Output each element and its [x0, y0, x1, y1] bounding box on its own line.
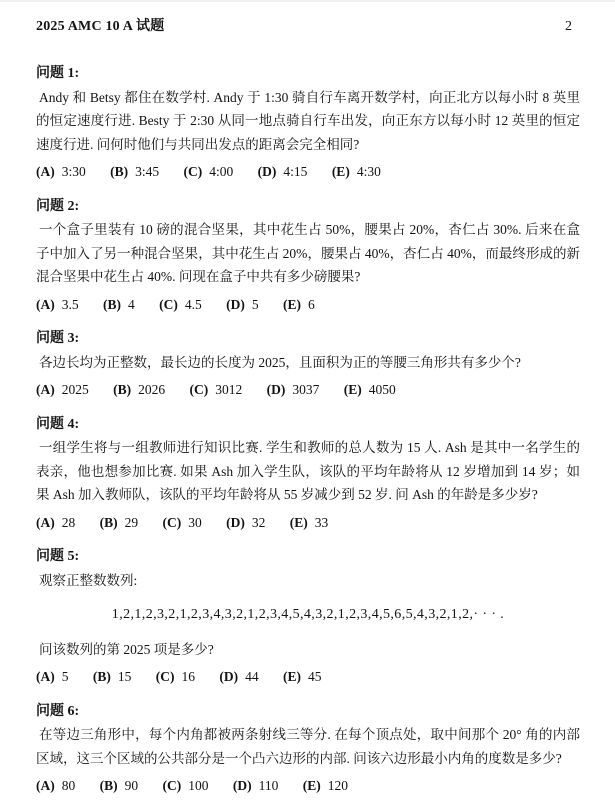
option-letter: (E)	[283, 297, 301, 312]
option-letter: (A)	[36, 297, 55, 312]
page-number: 2	[565, 18, 580, 36]
option-letter: (B)	[93, 669, 111, 684]
option-value: 44	[245, 669, 259, 684]
problem-6-text: 在等边三角形中，每个内角都被两条射线三等分. 在每个顶点处，取中间那个 20° …	[36, 723, 580, 770]
problem-3-options: (A)2025 (B)2026 (C)3012 (D)3037 (E)4050	[36, 378, 580, 402]
problem-2-option-b: (B)4	[103, 297, 135, 312]
problem-4-text: 一组学生将与一组教师进行知识比赛. 学生和教师的总人数为 15 人. Ash 是…	[36, 436, 580, 507]
option-value: 2025	[62, 382, 89, 397]
problem-3-option-a: (A)2025	[36, 382, 89, 397]
option-letter: (E)	[283, 669, 301, 684]
problem-6-option-c: (C)100	[163, 778, 209, 793]
problem-5-option-e: (E)45	[283, 669, 322, 684]
problem-1-option-d: (D)4:15	[258, 164, 308, 179]
option-value: 5	[252, 297, 259, 312]
option-value: 4:15	[283, 164, 307, 179]
option-value: 100	[188, 778, 208, 793]
problem-5-option-b: (B)15	[93, 669, 132, 684]
problem-5-question: 问该数列的第 2025 项是多少?	[36, 638, 580, 662]
option-value: 29	[125, 515, 139, 530]
problem-6-option-d: (D)110	[233, 778, 279, 793]
problem-4: 问题 4: 一组学生将与一组教师进行知识比赛. 学生和教师的总人数为 15 人.…	[36, 413, 580, 535]
option-letter: (C)	[184, 164, 203, 179]
problem-1-option-c: (C)4:00	[184, 164, 234, 179]
option-value: 120	[328, 778, 348, 793]
problem-5-intro: 观察正整数数列:	[36, 569, 580, 593]
option-letter: (E)	[344, 382, 362, 397]
option-value: 80	[62, 778, 76, 793]
problem-3-label: 问题 3:	[36, 327, 580, 351]
option-letter: (C)	[163, 515, 182, 530]
option-letter: (E)	[303, 778, 321, 793]
option-letter: (A)	[36, 515, 55, 530]
document-page: 2025 AMC 10 A 试题 2 问题 1: Andy 和 Betsy 都住…	[0, 0, 615, 812]
problem-4-option-d: (D)32	[226, 515, 265, 530]
problem-3-option-e: (E)4050	[344, 382, 396, 397]
problem-6-option-a: (A)80	[36, 778, 75, 793]
option-value: 6	[308, 297, 315, 312]
option-value: 3037	[292, 382, 319, 397]
problem-6-option-e: (E)120	[303, 778, 348, 793]
option-letter: (B)	[113, 382, 131, 397]
option-letter: (A)	[36, 778, 55, 793]
option-letter: (A)	[36, 669, 55, 684]
option-letter: (B)	[100, 515, 118, 530]
problem-4-option-c: (C)30	[163, 515, 202, 530]
problem-1-options: (A)3:30 (B)3:45 (C)4:00 (D)4:15 (E)4:30	[36, 160, 580, 184]
option-value: 28	[62, 515, 76, 530]
problem-1-option-b: (B)3:45	[110, 164, 159, 179]
problem-2-option-d: (D)5	[226, 297, 259, 312]
problem-1-option-a: (A)3:30	[36, 164, 86, 179]
option-value: 16	[182, 669, 196, 684]
problem-6-label: 问题 6:	[36, 700, 580, 724]
problem-4-option-b: (B)29	[100, 515, 139, 530]
option-letter: (C)	[156, 669, 175, 684]
option-letter: (C)	[163, 778, 182, 793]
problem-1-label: 问题 1:	[36, 62, 580, 86]
option-letter: (D)	[219, 669, 238, 684]
option-value: 33	[315, 515, 329, 530]
problem-6-options: (A)80 (B)90 (C)100 (D)110 (E)120	[36, 774, 580, 798]
option-value: 5	[62, 669, 69, 684]
option-value: 4050	[369, 382, 396, 397]
option-value: 3.5	[62, 297, 79, 312]
problem-5-options: (A)5 (B)15 (C)16 (D)44 (E)45	[36, 665, 580, 689]
problem-3-option-d: (D)3037	[267, 382, 320, 397]
problem-2-label: 问题 2:	[36, 195, 580, 219]
option-letter: (B)	[100, 778, 118, 793]
option-letter: (D)	[226, 297, 245, 312]
option-value: 3:45	[135, 164, 159, 179]
problem-4-options: (A)28 (B)29 (C)30 (D)32 (E)33	[36, 511, 580, 535]
option-letter: (E)	[290, 515, 308, 530]
problem-3-text: 各边长均为正整数，最长边的长度为 2025，且面积为正的等腰三角形共有多少个?	[36, 351, 580, 375]
problem-5-label: 问题 5:	[36, 545, 580, 569]
problem-6-option-b: (B)90	[100, 778, 139, 793]
problem-3-option-c: (C)3012	[190, 382, 243, 397]
problem-3-option-b: (B)2026	[113, 382, 165, 397]
option-value: 4	[128, 297, 135, 312]
option-letter: (E)	[332, 164, 350, 179]
problem-2: 问题 2: 一个盒子里装有 10 磅的混合坚果，其中花生占 50%，腰果占 20…	[36, 195, 580, 317]
option-value: 2026	[138, 382, 165, 397]
problem-1-option-e: (E)4:30	[332, 164, 381, 179]
problem-4-label: 问题 4:	[36, 413, 580, 437]
problem-list: 问题 1: Andy 和 Betsy 都住在数学村. Andy 于 1:30 骑…	[36, 62, 580, 798]
option-value: 32	[252, 515, 266, 530]
problem-1-text: Andy 和 Betsy 都住在数学村. Andy 于 1:30 骑自行车离开数…	[36, 86, 580, 157]
document-header: 2025 AMC 10 A 试题 2	[36, 18, 580, 36]
option-value: 90	[125, 778, 139, 793]
problem-4-option-e: (E)33	[290, 515, 329, 530]
problem-2-text: 一个盒子里装有 10 磅的混合坚果，其中花生占 50%，腰果占 20%，杏仁占 …	[36, 218, 580, 289]
problem-5-option-c: (C)16	[156, 669, 195, 684]
problem-5-sequence: 1,2,1,2,3,2,1,2,3,4,3,2,1,2,3,4,5,4,3,2,…	[36, 603, 580, 627]
option-value: 3:30	[62, 164, 86, 179]
option-letter: (B)	[103, 297, 121, 312]
problem-5-option-d: (D)44	[219, 669, 258, 684]
option-value: 15	[118, 669, 132, 684]
option-letter: (B)	[110, 164, 128, 179]
option-letter: (C)	[159, 297, 178, 312]
option-value: 4:30	[357, 164, 381, 179]
option-value: 4:00	[209, 164, 233, 179]
problem-5-option-a: (A)5	[36, 669, 69, 684]
problem-6: 问题 6: 在等边三角形中，每个内角都被两条射线三等分. 在每个顶点处，取中间那…	[36, 700, 580, 798]
problem-1: 问题 1: Andy 和 Betsy 都住在数学村. Andy 于 1:30 骑…	[36, 62, 580, 184]
option-value: 30	[188, 515, 202, 530]
problem-2-option-e: (E)6	[283, 297, 315, 312]
problem-4-option-a: (A)28	[36, 515, 75, 530]
problem-5: 问题 5: 观察正整数数列: 1,2,1,2,3,2,1,2,3,4,3,2,1…	[36, 545, 580, 689]
option-letter: (A)	[36, 164, 55, 179]
option-value: 4.5	[185, 297, 202, 312]
option-letter: (D)	[233, 778, 252, 793]
option-letter: (D)	[267, 382, 286, 397]
option-value: 45	[308, 669, 322, 684]
document-title: 2025 AMC 10 A 试题	[36, 18, 164, 36]
option-value: 110	[259, 778, 279, 793]
option-letter: (D)	[258, 164, 277, 179]
option-letter: (C)	[190, 382, 209, 397]
option-letter: (D)	[226, 515, 245, 530]
problem-2-option-a: (A)3.5	[36, 297, 79, 312]
problem-2-options: (A)3.5 (B)4 (C)4.5 (D)5 (E)6	[36, 293, 580, 317]
option-letter: (A)	[36, 382, 55, 397]
problem-2-option-c: (C)4.5	[159, 297, 202, 312]
problem-3: 问题 3: 各边长均为正整数，最长边的长度为 2025，且面积为正的等腰三角形共…	[36, 327, 580, 402]
option-value: 3012	[215, 382, 242, 397]
